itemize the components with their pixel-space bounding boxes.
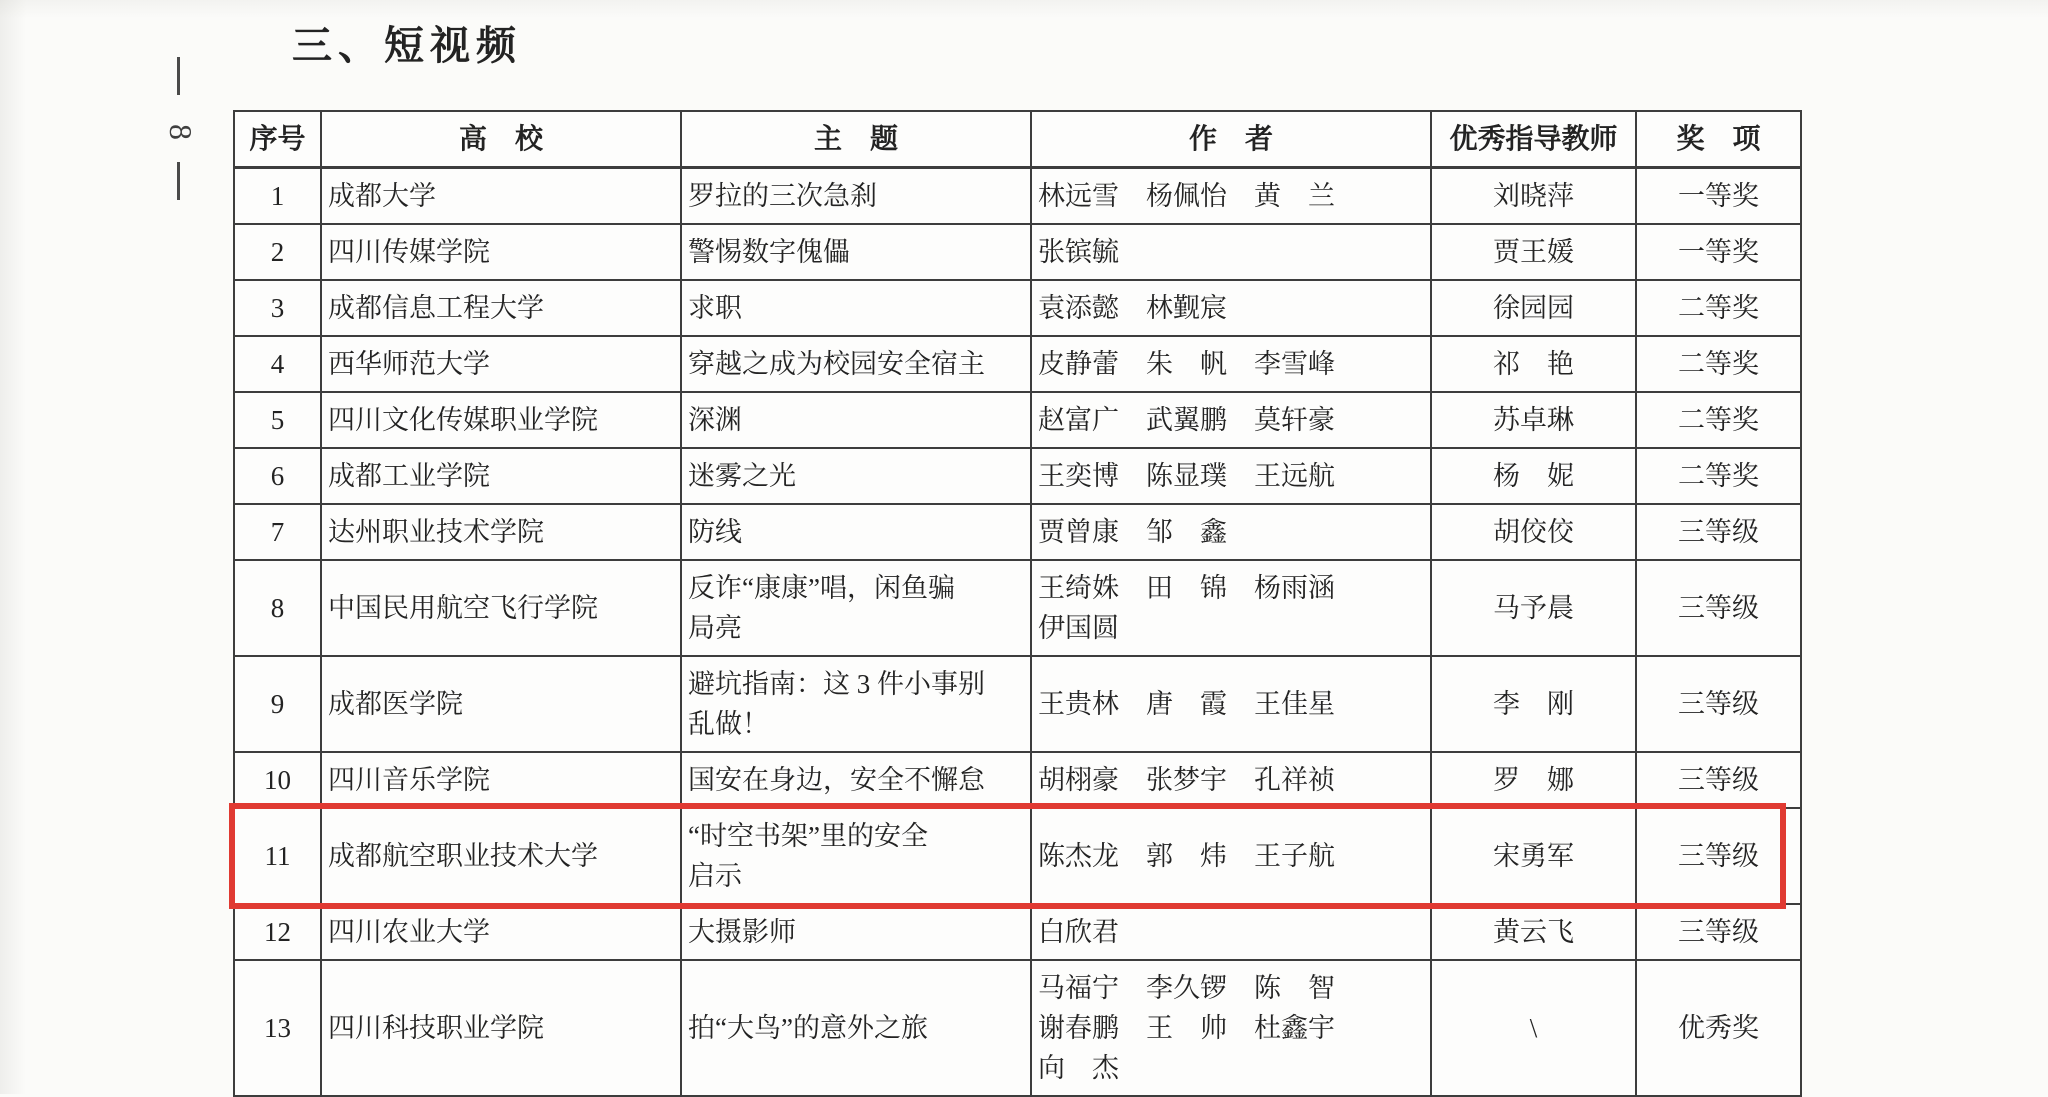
cell-topic: 警惕数字傀儡 [681, 224, 1031, 280]
cell-school: 中国民用航空飞行学院 [321, 560, 681, 656]
header-topic: 主 题 [681, 111, 1031, 168]
cell-school: 西华师范大学 [321, 336, 681, 392]
cell-advisor: 贾王媛 [1431, 224, 1636, 280]
cell-school: 达州职业技术学院 [321, 504, 681, 560]
cell-advisor: 苏卓琳 [1431, 392, 1636, 448]
cell-authors: 张镔毓 [1031, 224, 1431, 280]
cell-school: 成都大学 [321, 168, 681, 225]
cell-advisor: 胡佼佼 [1431, 504, 1636, 560]
cell-award: 二等奖 [1636, 448, 1801, 504]
cell-no: 11 [234, 808, 321, 904]
cell-authors: 白欣君 [1031, 904, 1431, 960]
cell-no: 8 [234, 560, 321, 656]
cell-no: 2 [234, 224, 321, 280]
table-row: 4 西华师范大学 穿越之成为校园安全宿主 皮静蕾 朱 帆 李雪峰 祁 艳 二等奖 [234, 336, 1801, 392]
cell-award: 三等级 [1636, 904, 1801, 960]
cell-advisor: 徐园园 [1431, 280, 1636, 336]
cell-advisor: 罗 娜 [1431, 752, 1636, 808]
cell-advisor: \ [1431, 960, 1636, 1094]
cell-topic: 罗拉的三次急刹 [681, 168, 1031, 225]
cell-school: 四川传媒学院 [321, 224, 681, 280]
table-row: 13 四川科技职业学院 拍“大鸟”的意外之旅 马福宁 李久锣 陈 智 谢春鹏 王… [234, 960, 1801, 1094]
table-row: 6 成都工业学院 迷雾之光 王奕博 陈显璞 王远航 杨 妮 二等奖 [234, 448, 1801, 504]
cell-topic: “时空书架”里的安全 启示 [681, 808, 1031, 904]
header-authors: 作 者 [1031, 111, 1431, 168]
table-row: 7 达州职业技术学院 防线 贾曾康 邹 鑫 胡佼佼 三等级 [234, 504, 1801, 560]
table-row: 11 成都航空职业技术大学 “时空书架”里的安全 启示 陈杰龙 郭 炜 王子航 … [234, 808, 1801, 904]
cell-award: 三等级 [1636, 808, 1801, 904]
header-school: 高 校 [321, 111, 681, 168]
cell-advisor: 宋勇军 [1431, 808, 1636, 904]
cell-award: 二等奖 [1636, 280, 1801, 336]
cell-school: 四川音乐学院 [321, 752, 681, 808]
cell-no: 12 [234, 904, 321, 960]
cell-advisor: 马予晨 [1431, 560, 1636, 656]
cell-topic: 迷雾之光 [681, 448, 1031, 504]
cell-topic: 反诈“康康”唱，闲鱼骗 局亮 [681, 560, 1031, 656]
cell-school: 四川文化传媒职业学院 [321, 392, 681, 448]
cell-school: 成都航空职业技术大学 [321, 808, 681, 904]
page-number: 8 [159, 107, 203, 157]
cell-authors: 王绮姝 田 锦 杨雨涵 伊国圆 [1031, 560, 1431, 656]
cell-no: 9 [234, 656, 321, 752]
cell-school: 成都医学院 [321, 656, 681, 752]
header-no: 序号 [234, 111, 321, 168]
table-row: 2 四川传媒学院 警惕数字傀儡 张镔毓 贾王媛 一等奖 [234, 224, 1801, 280]
cell-award: 三等级 [1636, 504, 1801, 560]
margin-crop-mark-top [177, 57, 180, 95]
cell-award: 三等级 [1636, 560, 1801, 656]
margin-crop-mark-bottom [177, 162, 180, 200]
cell-school: 四川科技职业学院 [321, 960, 681, 1094]
table-row: 3 成都信息工程大学 求职 袁添懿 林觐宸 徐园园 二等奖 [234, 280, 1801, 336]
cell-award: 二等奖 [1636, 392, 1801, 448]
cell-topic: 穿越之成为校园安全宿主 [681, 336, 1031, 392]
cell-authors: 林远雪 杨佩怡 黄 兰 [1031, 168, 1431, 225]
cell-advisor: 刘晓萍 [1431, 168, 1636, 225]
cell-topic: 国安在身边，安全不懈怠 [681, 752, 1031, 808]
table-row: 12 四川农业大学 大摄影师 白欣君 黄云飞 三等级 [234, 904, 1801, 960]
cell-no: 13 [234, 960, 321, 1094]
cell-authors: 袁添懿 林觐宸 [1031, 280, 1431, 336]
cell-advisor: 祁 艳 [1431, 336, 1636, 392]
table-row: 9 成都医学院 避坑指南：这 3 件小事别 乱做！ 王贵林 唐 霞 王佳星 李 … [234, 656, 1801, 752]
table-row: 1 成都大学 罗拉的三次急刹 林远雪 杨佩怡 黄 兰 刘晓萍 一等奖 [234, 168, 1801, 225]
cell-award: 三等级 [1636, 656, 1801, 752]
cell-no: 7 [234, 504, 321, 560]
section-title: 三、短视频 [292, 14, 522, 71]
cell-award: 一等奖 [1636, 168, 1801, 225]
table-row: 5 四川文化传媒职业学院 深渊 赵富广 武翼鹏 莫轩豪 苏卓琳 二等奖 [234, 392, 1801, 448]
award-table: 序号 高 校 主 题 作 者 优秀指导教师 奖 项 1 成都大学 罗拉的三次急刹… [233, 110, 1802, 1094]
cell-advisor: 黄云飞 [1431, 904, 1636, 960]
cell-topic: 防线 [681, 504, 1031, 560]
cell-no: 5 [234, 392, 321, 448]
table-row: 8 中国民用航空飞行学院 反诈“康康”唱，闲鱼骗 局亮 王绮姝 田 锦 杨雨涵 … [234, 560, 1801, 656]
cell-no: 3 [234, 280, 321, 336]
cell-authors: 陈杰龙 郭 炜 王子航 [1031, 808, 1431, 904]
cell-no: 10 [234, 752, 321, 808]
cell-no: 1 [234, 168, 321, 225]
award-table-container: 序号 高 校 主 题 作 者 优秀指导教师 奖 项 1 成都大学 罗拉的三次急刹… [233, 110, 1800, 1094]
cell-authors: 贾曾康 邹 鑫 [1031, 504, 1431, 560]
table-row: 10 四川音乐学院 国安在身边，安全不懈怠 胡栩豪 张梦宇 孔祥祯 罗 娜 三等… [234, 752, 1801, 808]
cell-topic: 深渊 [681, 392, 1031, 448]
cell-topic: 避坑指南：这 3 件小事别 乱做！ [681, 656, 1031, 752]
cell-advisor: 杨 妮 [1431, 448, 1636, 504]
header-advisor: 优秀指导教师 [1431, 111, 1636, 168]
cell-advisor: 李 刚 [1431, 656, 1636, 752]
header-award: 奖 项 [1636, 111, 1801, 168]
cell-award: 一等奖 [1636, 224, 1801, 280]
cell-no: 6 [234, 448, 321, 504]
cell-topic: 求职 [681, 280, 1031, 336]
cell-authors: 王奕博 陈显璞 王远航 [1031, 448, 1431, 504]
cell-authors: 皮静蕾 朱 帆 李雪峰 [1031, 336, 1431, 392]
cell-authors: 赵富广 武翼鹏 莫轩豪 [1031, 392, 1431, 448]
cell-award: 优秀奖 [1636, 960, 1801, 1094]
table-header-row: 序号 高 校 主 题 作 者 优秀指导教师 奖 项 [234, 111, 1801, 168]
cell-school: 成都工业学院 [321, 448, 681, 504]
cell-school: 成都信息工程大学 [321, 280, 681, 336]
cell-authors: 马福宁 李久锣 陈 智 谢春鹏 王 帅 杜鑫宇 向 杰 [1031, 960, 1431, 1094]
cell-award: 三等级 [1636, 752, 1801, 808]
cell-award: 二等奖 [1636, 336, 1801, 392]
cell-topic: 大摄影师 [681, 904, 1031, 960]
cell-topic: 拍“大鸟”的意外之旅 [681, 960, 1031, 1094]
cell-school: 四川农业大学 [321, 904, 681, 960]
cell-no: 4 [234, 336, 321, 392]
cell-authors: 王贵林 唐 霞 王佳星 [1031, 656, 1431, 752]
cell-authors: 胡栩豪 张梦宇 孔祥祯 [1031, 752, 1431, 808]
